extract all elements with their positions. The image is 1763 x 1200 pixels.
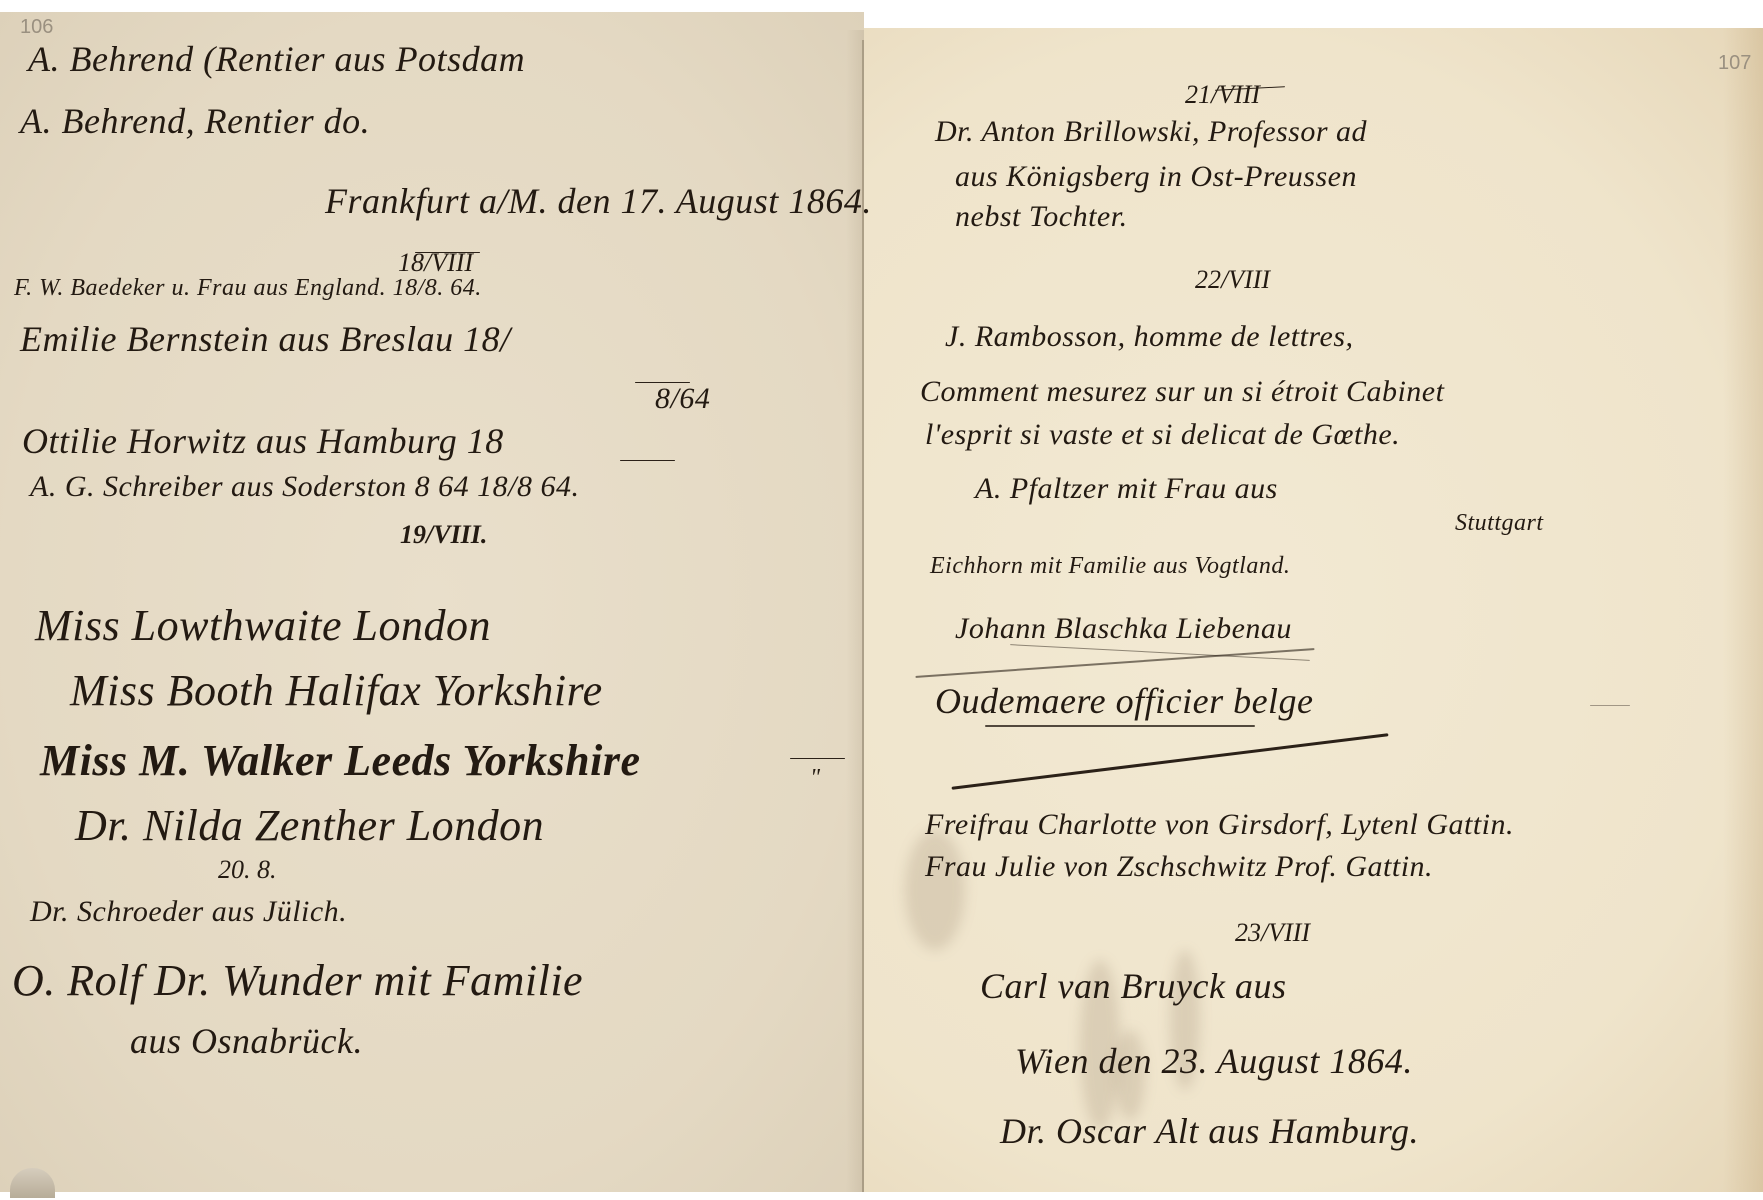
- date-heading-21-viii: 21/VIII: [1185, 80, 1260, 110]
- entry-frankfurt-date: Frankfurt a/M. den 17. August 1864.: [325, 180, 872, 222]
- entry-schreiber: A. G. Schreiber aus Soderston 8 64 18/8 …: [30, 470, 580, 504]
- entry-pfaltzer: A. Pfaltzer mit Frau aus: [975, 472, 1278, 506]
- entry-wunder: O. Rolf Dr. Wunder mit Familie: [12, 955, 583, 1006]
- entry-brillowski-daughter: nebst Tochter.: [955, 200, 1128, 234]
- entry-walker: Miss M. Walker Leeds Yorkshire: [40, 735, 641, 786]
- entry-behrend-2: A. Behrend, Rentier do.: [20, 100, 370, 142]
- fraction-bar: [620, 460, 675, 461]
- entry-rambosson: J. Rambosson, homme de lettres,: [945, 320, 1354, 354]
- entry-schroeder: Dr. Schroeder aus Jülich.: [30, 895, 347, 929]
- underline-stroke: [1590, 705, 1630, 706]
- entry-bernstein-date: 8/64: [655, 382, 710, 416]
- ditto-rule: [790, 758, 845, 759]
- entry-rambosson-quote-1: Comment mesurez sur un si étroit Cabinet: [920, 375, 1444, 409]
- entry-brillowski-origin: aus Königsberg in Ost-Preussen: [955, 160, 1357, 194]
- fraction-bar: [635, 382, 690, 383]
- entry-zenther: Dr. Nilda Zenther London: [75, 800, 544, 851]
- entry-horwitz: Ottilie Horwitz aus Hamburg 18: [22, 420, 504, 462]
- ditto-mark: ": [810, 765, 821, 792]
- entry-baedeker: F. W. Baedeker u. Frau aus England. 18/8…: [14, 275, 482, 302]
- date-heading-22-viii: 22/VIII: [1195, 265, 1270, 295]
- entry-bernstein: Emilie Bernstein aus Breslau 18/: [20, 318, 511, 360]
- entry-girsdorf: Freifrau Charlotte von Girsdorf, Lytenl …: [925, 808, 1514, 842]
- page-number-left: 106: [20, 16, 53, 39]
- entry-bruyck: Carl van Bruyck aus: [980, 965, 1286, 1007]
- entry-lowthwaite: Miss Lowthwaite London: [35, 600, 491, 651]
- date-heading-23-viii: 23/VIII: [1235, 918, 1310, 948]
- page-edge-shade: [1723, 28, 1763, 1192]
- entry-alt: Dr. Oscar Alt aus Hamburg.: [1000, 1110, 1419, 1152]
- entry-zschschwitz: Frau Julie von Zschschwitz Prof. Gattin.: [925, 850, 1433, 884]
- ink-smudge: [905, 830, 965, 950]
- entry-bruyck-date: Wien den 23. August 1864.: [1015, 1040, 1413, 1082]
- page-number-right: 107: [1718, 52, 1751, 75]
- signature-flourish: [985, 725, 1255, 727]
- entry-booth: Miss Booth Halifax Yorkshire: [70, 665, 603, 716]
- entry-behrend-1: A. Behrend (Rentier aus Potsdam: [28, 38, 525, 80]
- entry-brillowski: Dr. Anton Brillowski, Professor ad: [935, 115, 1367, 149]
- entry-blaschka: Johann Blaschka Liebenau: [955, 612, 1292, 646]
- entry-eichhorn: Eichhorn mit Familie aus Vogtland.: [930, 553, 1290, 580]
- entry-wunder-origin: aus Osnabrück.: [130, 1020, 363, 1062]
- date-heading-19-viii: 19/VIII.: [400, 520, 487, 550]
- date-heading-20-viii: 20. 8.: [218, 855, 277, 885]
- entry-rambosson-quote-2: l'esprit si vaste et si delicat de Gœthe…: [925, 418, 1400, 452]
- entry-oudemaere: Oudemaere officier belge: [935, 680, 1314, 722]
- date-overline: [415, 252, 480, 253]
- entry-pfaltzer-origin: Stuttgart: [1455, 510, 1544, 537]
